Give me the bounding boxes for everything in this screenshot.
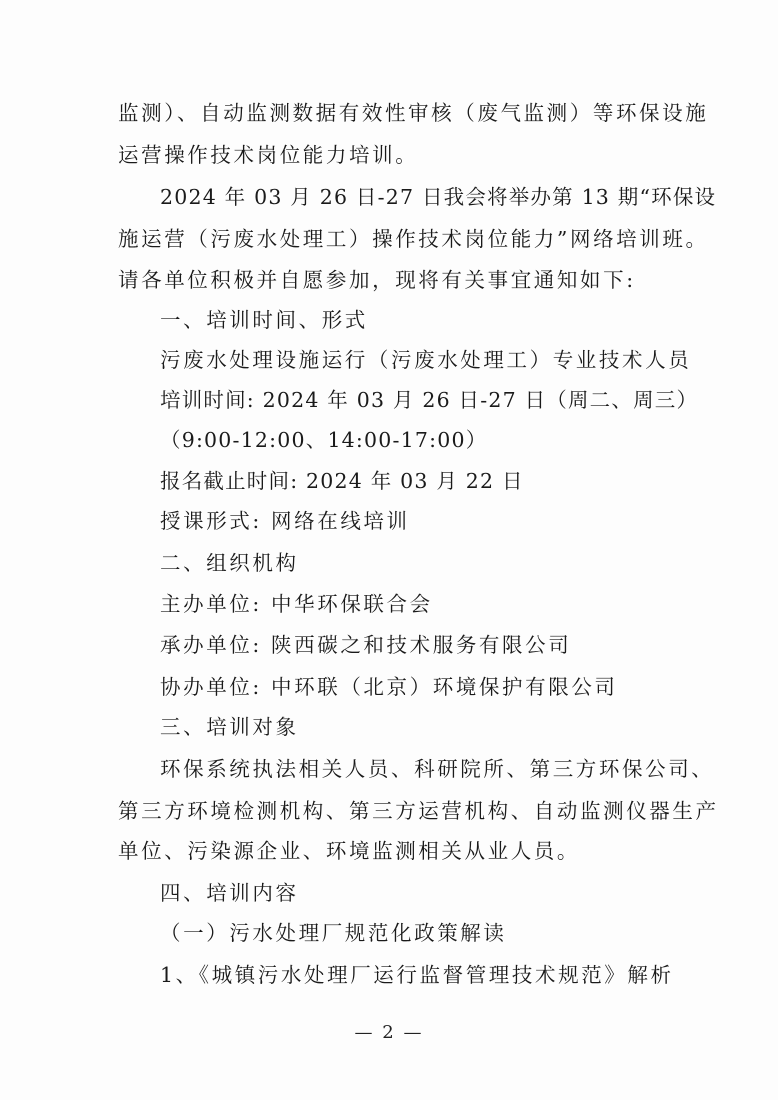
content-item-1: 1、《城镇污水处理厂运行监督管理技术规范》解析 [160, 961, 705, 989]
teaching-format: 授课形式: 网络在线培训 [160, 507, 705, 535]
section-heading-1: 一、培训时间、形式 [160, 306, 705, 334]
host-unit: 承办单位: 陕西碳之和技术服务有限公司 [160, 631, 705, 659]
training-target-role: 污废水处理设施运行（污废水处理工）专业技术人员 [160, 346, 705, 374]
audience-line-2: 第三方环境检测机构、第三方运营机构、自动监测仪器生产 [118, 797, 663, 825]
audience-line-3: 单位、污染源企业、环境监测相关从业人员。 [118, 837, 663, 865]
audience-line-1: 环保系统执法相关人员、科研院所、第三方环保公司、 [160, 755, 705, 783]
training-time: 培训时间: 2024 年 03 月 26 日-27 日（周二、周三） [160, 386, 705, 414]
paragraph-line-2: 运营操作技术岗位能力培训。 [118, 141, 663, 169]
paragraph-line-3: 2024 年 03 月 26 日-27 日我会将举办第 13 期“环保设 [160, 183, 705, 211]
section-heading-3: 三、培训对象 [160, 713, 705, 741]
page-number: — 2 — [0, 1020, 778, 1046]
document-page: 监测）、自动监测数据有效性审核（废气监测）等环保设施 运营操作技术岗位能力培训。… [0, 0, 778, 1100]
subsection-heading-1: （一）污水处理厂规范化政策解读 [160, 919, 705, 947]
training-hours: （9:00-12:00、14:00-17:00） [160, 426, 705, 454]
co-organizer: 协办单位: 中环联（北京）环境保护有限公司 [160, 673, 705, 701]
registration-deadline: 报名截止时间: 2024 年 03 月 22 日 [160, 467, 705, 495]
paragraph-line-5: 请各单位积极并自愿参加，现将有关事宜通知如下: [118, 266, 663, 294]
organizer: 主办单位: 中华环保联合会 [160, 590, 705, 618]
section-heading-4: 四、培训内容 [160, 879, 705, 907]
paragraph-line-1: 监测）、自动监测数据有效性审核（废气监测）等环保设施 [118, 99, 663, 127]
section-heading-2: 二、组织机构 [160, 549, 705, 577]
paragraph-line-4: 施运营（污废水处理工）操作技术岗位能力”网络培训班。 [118, 225, 663, 253]
